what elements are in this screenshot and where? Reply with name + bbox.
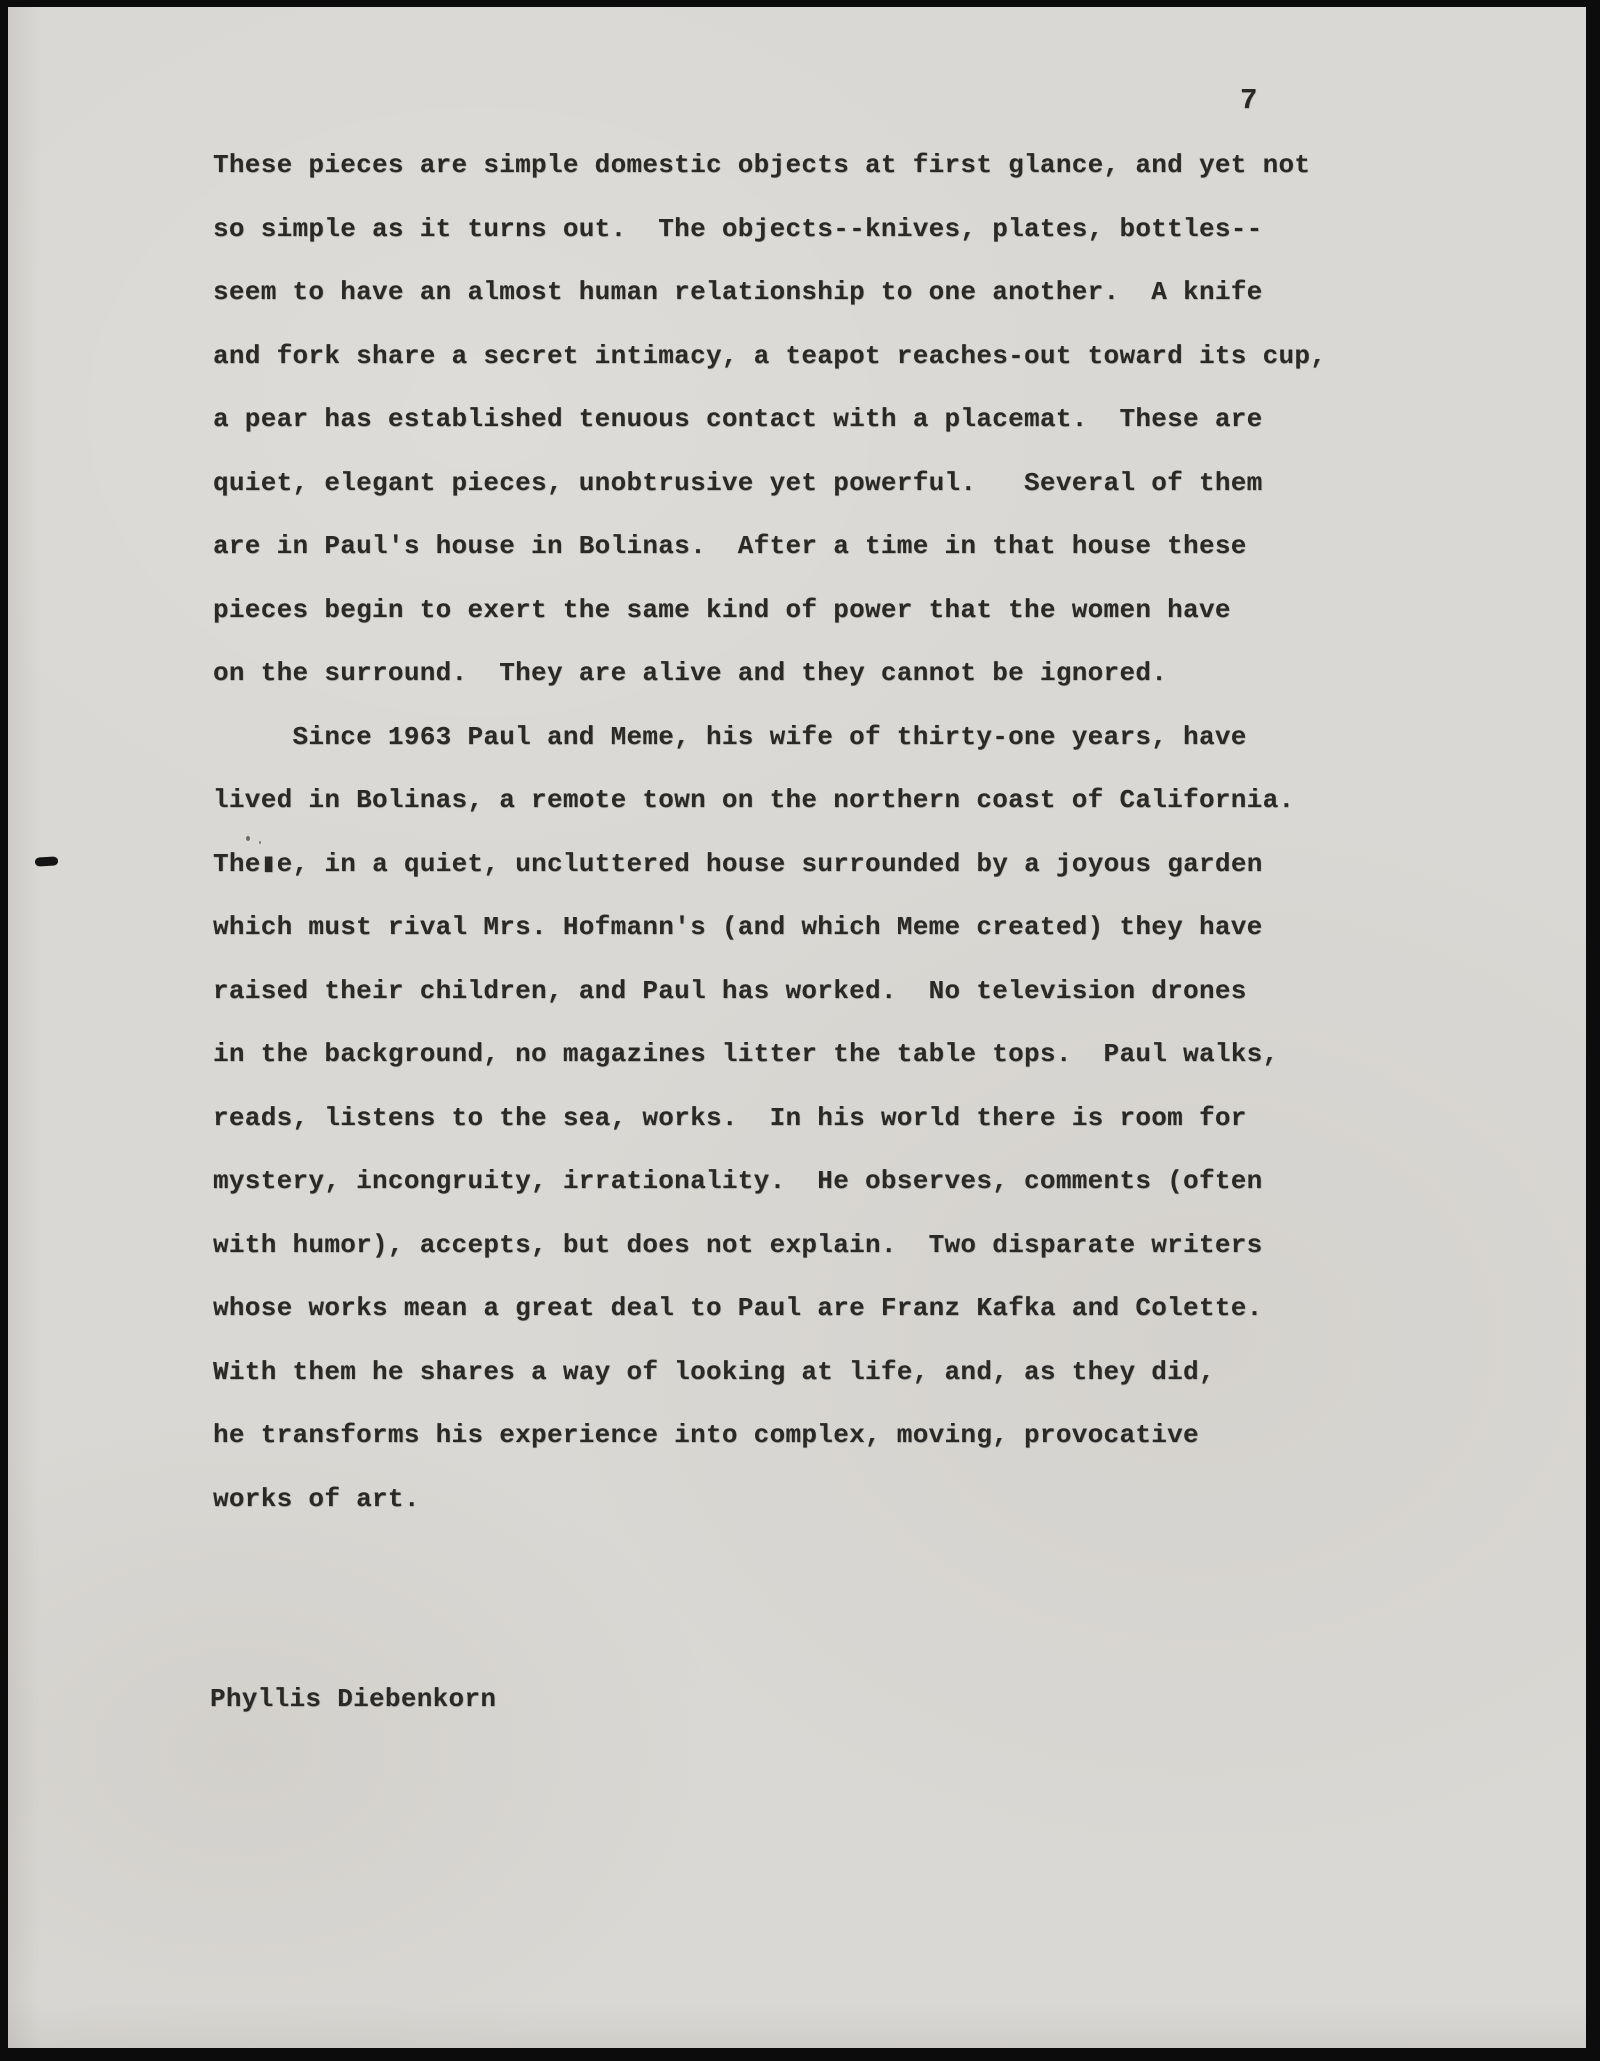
text-line: With them he shares a way of looking at … xyxy=(213,1341,1326,1405)
text-line: a pear has established tenuous contact w… xyxy=(213,388,1326,452)
pencil-dash-mark xyxy=(35,856,58,866)
text-line: so simple as it turns out. The objects--… xyxy=(213,198,1326,262)
text-line: mystery, incongruity, irrationality. He … xyxy=(213,1150,1326,1214)
body-text: These pieces are simple domestic objects… xyxy=(213,134,1326,1531)
scan-border-bottom xyxy=(0,2048,1600,2061)
scan-border-left xyxy=(0,0,8,2061)
text-line: in the background, no magazines litter t… xyxy=(213,1023,1326,1087)
text-line: reads, listens to the sea, works. In his… xyxy=(213,1087,1326,1151)
text-line: whose works mean a great deal to Paul ar… xyxy=(213,1277,1326,1341)
text-line: Since 1963 Paul and Meme, his wife of th… xyxy=(213,706,1326,770)
author-signature: Phyllis Diebenkorn xyxy=(210,1668,496,1732)
scan-border-top xyxy=(0,0,1600,7)
text-line: on the surround. They are alive and they… xyxy=(213,642,1326,706)
text-line: pieces begin to exert the same kind of p… xyxy=(213,579,1326,643)
text-line: quiet, elegant pieces, unobtrusive yet p… xyxy=(213,452,1326,516)
text-line: and fork share a secret intimacy, a teap… xyxy=(213,325,1326,389)
text-line: works of art. xyxy=(213,1468,1326,1532)
text-line: lived in Bolinas, a remote town on the n… xyxy=(213,769,1326,833)
text-line: These pieces are simple domestic objects… xyxy=(213,134,1326,198)
page-number: 7 xyxy=(1240,84,1257,117)
text-line: The▮e, in a quiet, uncluttered house sur… xyxy=(213,833,1326,897)
text-line: he transforms his experience into comple… xyxy=(213,1404,1326,1468)
text-line: are in Paul's house in Bolinas. After a … xyxy=(213,515,1326,579)
text-line: with humor), accepts, but does not expla… xyxy=(213,1214,1326,1278)
text-line: raised their children, and Paul has work… xyxy=(213,960,1326,1024)
typewritten-document-page: 7 These pieces are simple domestic objec… xyxy=(0,0,1600,2061)
text-line: which must rival Mrs. Hofmann's (and whi… xyxy=(213,896,1326,960)
text-line: seem to have an almost human relationshi… xyxy=(213,261,1326,325)
scan-border-right xyxy=(1586,0,1600,2061)
